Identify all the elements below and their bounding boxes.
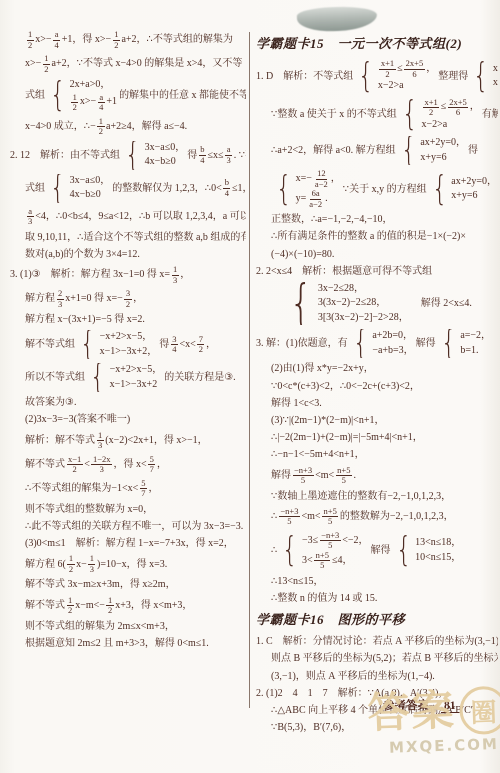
system-row: 3x−2≤28，	[318, 282, 409, 297]
fraction: x+12	[379, 59, 395, 79]
text-line: 2. (1)2 4 1 7 解析：∵A(a,0)，A′(3,4)，	[256, 687, 498, 700]
system-row: −a+b=3，	[372, 344, 413, 359]
fraction: 2x+56	[448, 98, 469, 118]
text: ax+2y=0，	[420, 136, 466, 151]
text-line: 取 9,10,11，∴适合这个不等式组的整数 a,b 组成的有序	[10, 231, 246, 244]
text: ≤4，	[332, 554, 353, 569]
page-footer: 参考答案81	[383, 697, 459, 713]
text: .	[325, 192, 328, 207]
text: 3x−a≤0，	[145, 141, 186, 156]
text: −a+b=3，	[372, 344, 413, 359]
system-row: x>a+2.	[493, 76, 498, 91]
text: a+2≥4，解得 a≤−4.	[106, 120, 187, 133]
text-line: ∵0<c*(c+3)<2，∴0<−2c+(c+3)<2，	[256, 380, 498, 393]
fraction-denominator: 2	[43, 65, 50, 75]
text: 式组	[25, 182, 45, 195]
text: <−2，	[342, 534, 368, 549]
fraction-denominator: 5	[286, 517, 293, 527]
text: 的整数解为−2,−1,0,1,2,3，	[340, 510, 454, 523]
text: ∴不等式组的解集为−1<x<	[25, 482, 138, 495]
fraction: 12	[67, 554, 74, 574]
fraction: 2x+56	[404, 59, 425, 79]
fraction: 13	[88, 554, 95, 574]
text: 解方程 6(	[25, 558, 66, 571]
text: 2x+a>0，	[70, 78, 111, 93]
text: x>−	[35, 33, 51, 46]
text-line: ∴整数 n 的值为 14 或 15.	[256, 592, 498, 605]
fraction-denominator: 5	[299, 476, 306, 486]
fraction: x+12	[423, 98, 439, 118]
fraction-denominator: 2	[27, 41, 34, 51]
equation-system: {−x+2>x−5，x−1>−3x+2，	[77, 330, 157, 359]
fraction: 6aa−2	[308, 189, 324, 209]
text: x−2>a	[378, 79, 404, 94]
text: x+3，得 x<m+3，	[115, 599, 192, 612]
fraction-denominator: 4	[171, 345, 178, 355]
equation-system: {ax+2y=0，x+y=6	[398, 136, 466, 165]
text-line: ∴△ABC 向上平移 4 个单位长度后得到△A′B′C′.	[256, 704, 498, 717]
text: ，得 x<	[113, 458, 146, 471]
text: 的关联方程是③.	[164, 371, 235, 384]
system-row: x+y=6	[420, 151, 466, 166]
fraction-denominator: 3	[172, 276, 179, 286]
system-rows: 2x+a>0，12x>−a4+1	[70, 78, 117, 113]
text: 解不等式 3x−m≥x+3m，得 x≥2m，	[25, 578, 176, 591]
text: 则不等式组的解集为 2m≤x<m+3，	[25, 620, 175, 633]
text: 解方程 x−(3x+1)=−5 得 x=2.	[25, 313, 145, 326]
fraction: a3	[27, 207, 34, 227]
fraction-denominator: 3	[57, 300, 64, 310]
brace-glyph: {	[396, 536, 412, 565]
fraction: 23	[57, 289, 64, 309]
fraction-numerator: 2x+5	[404, 59, 425, 70]
system-row: ax+2y=0，	[451, 175, 497, 190]
text: ，	[331, 172, 341, 187]
fraction-denominator: 7	[140, 489, 147, 499]
fraction-denominator: 2	[106, 606, 113, 616]
fraction-denominator: 2	[113, 41, 120, 51]
text: 4x−b≥0	[70, 188, 101, 203]
text: 3x−2≤28，	[318, 282, 364, 297]
equation-system: {x+12≤2x+56，x−2>a	[399, 98, 480, 133]
text-line: 根据题意知 2m≤2 且 m+3>3，解得 0<m≤1.	[10, 637, 246, 650]
text: ，	[426, 62, 436, 77]
fraction-denominator: 3	[27, 217, 34, 227]
brace-glyph: {	[353, 329, 369, 358]
fraction: n+55	[314, 551, 330, 571]
text: ∴整数 n 的值为 14 或 15.	[271, 592, 377, 605]
text: ∴所有满足条件的整数 a 的值的积是−1×(−2)×	[271, 230, 466, 243]
fraction-denominator: 4	[53, 41, 60, 51]
text: 解得 2<x≤4.	[411, 297, 472, 310]
text: 解析：解不等式	[25, 434, 95, 447]
text: 的整数解仅为 1,2,3，∴0<	[112, 182, 222, 195]
fraction-denominator: 5	[327, 517, 334, 527]
text-line: (2)3x−3=−3(答案不唯一)	[10, 413, 246, 426]
text: 10<n≤15，	[415, 551, 461, 566]
equation-system: {13<n≤18，10<n≤15，	[393, 536, 462, 565]
fraction: 72	[197, 335, 204, 355]
fraction-numerator: 2	[57, 289, 64, 300]
text: 解不等式	[25, 599, 65, 612]
text: ≤1，3≤	[232, 182, 246, 195]
equation-system: {2x+a>0，12x>−a4+1	[47, 78, 117, 113]
text-line: ∵B(5,3)，B′(7,6)，	[256, 721, 498, 734]
fraction: 13	[97, 431, 104, 451]
text-line: ∵整数 a 使关于 x 的不等式组{x+12≤2x+56，x−2>a有解，	[256, 98, 498, 133]
system-rows: 3x−a≤0，4x−b≥0	[70, 174, 111, 203]
text: −x+2>x−5，	[110, 363, 163, 378]
fraction: −n+35	[293, 466, 314, 486]
text: 则不等式组的整数解为 x=0，	[25, 503, 153, 516]
fraction-denominator: 3	[88, 565, 95, 575]
text: +1	[106, 95, 117, 110]
text: 解不等式	[25, 458, 65, 471]
text: . ∵不等	[234, 149, 246, 162]
fraction-denominator: 2	[384, 70, 391, 80]
fraction-denominator: 6	[411, 70, 418, 80]
fraction-denominator: 2	[427, 108, 434, 118]
text: a+2，∵不等式 x−4>0 的解集是 x>4，又不等	[52, 57, 243, 70]
fraction: n+55	[336, 466, 352, 486]
text: 整理得	[438, 70, 468, 83]
equation-system: {−x+2>x−5，x−1>−3x+2	[87, 363, 162, 392]
system-row: 2x+a>0，	[70, 78, 117, 93]
brace-glyph: {	[282, 536, 298, 565]
text: 3(3x−2)−2≤28，	[318, 296, 386, 311]
system-row: 10<n≤15，	[415, 551, 461, 566]
fraction-denominator: 2	[71, 103, 78, 113]
system-row: y=6aa−2.	[296, 189, 341, 209]
system-row: x−2>a	[421, 118, 479, 133]
text: 解得	[371, 544, 391, 557]
left-column: 12x>−a4+1，得 x>−12a+2，∴不等式组的解集为x>−12a+2，∵…	[10, 30, 246, 738]
fraction: a3	[225, 145, 232, 165]
text: ∴	[271, 544, 277, 557]
brace-glyph: {	[473, 62, 489, 91]
fraction: b4	[223, 178, 230, 198]
text: 则点 B 平移后的坐标为(5,2)；若点 B 平移后的坐标为	[271, 652, 498, 665]
system-rows: x≤2，x>a+2.	[493, 62, 498, 91]
system-rows: x+12≤2x+56，x−2>a	[378, 59, 436, 94]
text: 得	[187, 149, 197, 162]
system-row: a=−2，	[460, 329, 491, 344]
text: (−4)×(−10)=80.	[271, 248, 334, 261]
equation-system: {3x−a≤0，4x−b≥0	[122, 141, 185, 170]
text: ≤	[397, 62, 403, 77]
system-rows: −x+2>x−5，x−1>−3x+2	[110, 363, 163, 392]
text: ∴此不等式组的关联方程不唯一，可以为 3x−3=−3.	[25, 520, 243, 533]
text-line: 12x>−a4+1，得 x>−12a+2，∴不等式组的解集为	[10, 30, 246, 50]
fraction-denominator: 3	[225, 156, 232, 166]
fraction-numerator: a	[53, 30, 60, 41]
system-row: −3≤−n+35<−2，	[302, 531, 369, 551]
equation-system: {x≤2，x>a+2.	[470, 62, 498, 91]
text: x−	[76, 558, 87, 571]
text-line: 则不等式组的解集为 2m≤x<m+3，	[10, 620, 246, 633]
text: <x<	[179, 338, 195, 351]
brace-glyph: {	[441, 329, 457, 358]
text: 解得 1<c<3.	[271, 397, 322, 410]
fraction: b4	[199, 145, 206, 165]
text-line: 解方程 6(12x−13)=10−x，得 x=3.	[10, 554, 246, 574]
fraction: 12	[97, 117, 104, 137]
brace-glyph: {	[50, 81, 66, 110]
text-line: 式组{2x+a>0，12x>−a4+1的解集中的任意 x 都能使不等式	[10, 78, 246, 113]
text: x−4>0 成立，∴−	[25, 120, 96, 133]
fraction: 12	[113, 30, 120, 50]
text: x>−	[80, 95, 96, 110]
text: 1. D 解析：不等式组	[256, 70, 353, 83]
fraction-numerator: x+1	[379, 59, 395, 70]
text: <	[84, 458, 90, 471]
equation-system: {x=−12a−2，y=6aa−2.	[273, 169, 341, 209]
fraction-denominator: 4	[199, 156, 206, 166]
text: x−2>a	[421, 118, 447, 133]
text: <m<	[315, 469, 334, 482]
text-line: ∴−n−1<−5m+4<n+1，	[256, 448, 498, 461]
brace-glyph: {	[50, 174, 66, 203]
text: y=	[296, 192, 307, 207]
system-row: a+2b=0，	[372, 329, 413, 344]
text: 解不等式组	[25, 338, 75, 351]
system-row: x−2>a	[378, 79, 436, 94]
equation-system: {x+12≤2x+56，x−2>a	[355, 59, 436, 94]
text-line: 解不等式 3x−m≥x+3m，得 x≥2m，	[10, 578, 246, 591]
text: ，	[470, 100, 480, 115]
system-row: 3x−a≤0，	[70, 174, 111, 189]
fraction: 13	[172, 265, 179, 285]
fraction-denominator: a−2	[308, 200, 324, 210]
text: x=−	[296, 172, 312, 187]
equation-system: {−3≤−n+35<−2，3<n+55≤4，	[279, 531, 368, 571]
text: a+2b=0，	[372, 329, 413, 344]
text: ，	[180, 268, 190, 281]
fraction: n+55	[322, 507, 338, 527]
fraction: 12	[27, 30, 34, 50]
fraction-denominator: 2	[197, 345, 204, 355]
system-row: b=1.	[460, 344, 491, 359]
fraction: 12a−2	[313, 169, 329, 189]
system-rows: −x+2>x−5，x−1>−3x+2，	[100, 330, 158, 359]
text: ∴−n−1<−5m+4<n+1，	[271, 448, 365, 461]
text: ∵B(5,3)，B′(7,6)，	[271, 721, 351, 734]
fraction: 12	[67, 596, 74, 616]
system-rows: −3≤−n+35<−2，3<n+55≤4，	[302, 531, 369, 571]
text-line: ∴−n+35<m<n+55的整数解为−2,−1,0,1,2,3，	[256, 507, 498, 527]
text: ax+2y=0，	[451, 175, 497, 190]
equation-system: {3x−2≤28，3(3x−2)−2≤28，3[3(3x−2)−2]−2>28，	[285, 282, 409, 326]
right-column: 学霸题卡15 一元一次不等式组(2)1. D 解析：不等式组{x+12≤2x+5…	[256, 30, 498, 738]
fraction-denominator: 4	[223, 189, 230, 199]
system-rows: x=−12a−2，y=6aa−2.	[296, 169, 341, 209]
brace-glyph: {	[125, 141, 141, 170]
system-row: −x+2>x−5，	[110, 363, 163, 378]
system-row: ax+2y=0，	[420, 136, 466, 151]
text-line: 解不等式x−12<1−2x3，得 x<57，	[10, 455, 246, 475]
system-row: x+12≤2x+56，	[421, 98, 479, 118]
text-line: 1. D 解析：不等式组{x+12≤2x+56，x−2>a整理得{x≤2，x>a…	[256, 59, 498, 94]
text-line: 2. 12 解析：由不等式组{3x−a≤0，4x−b≥0得b4≤x≤a3. ∵不…	[10, 141, 246, 170]
text: x>a+2.	[493, 76, 498, 91]
system-rows: 3x−2≤28，3(3x−2)−2≤28，3[3(3x−2)−2]−2>28，	[318, 282, 409, 326]
system-rows: x+12≤2x+56，x−2>a	[421, 98, 479, 133]
scan-artifact-blob	[297, 6, 378, 33]
system-row: x≤2，	[493, 62, 498, 77]
text-line: 解方程23x+1=0 得 x=−32，	[10, 289, 246, 309]
fraction: −n+35	[279, 507, 300, 527]
fraction-numerator: 1	[172, 265, 179, 276]
fraction-denominator: 5	[319, 561, 326, 571]
text-line: 数对(a,b)的个数为 3×4=12.	[10, 248, 246, 261]
text: ∵0<c*(c+3)<2，∴0<−2c+(c+3)<2，	[271, 380, 420, 393]
text-line: 解不等式12x−m<−12x+3，得 x<m+3，	[10, 596, 246, 616]
brace-glyph: {	[80, 330, 96, 359]
fraction: 12	[106, 596, 113, 616]
equation-system: {3x−a≤0，4x−b≥0	[47, 174, 110, 203]
system-row: x−1>−3x+2	[110, 378, 163, 393]
text-line: (2)由(1)得 x*y=−2x+y，	[256, 362, 498, 375]
two-column-layout: 12x>−a4+1，得 x>−12a+2，∴不等式组的解集为x>−12a+2，∵…	[10, 30, 496, 738]
brace-glyph: {	[358, 62, 374, 91]
system-row: 4x−b≥0	[70, 188, 111, 203]
fraction-denominator: 6	[454, 108, 461, 118]
text-line: 1. C 解析：分情况讨论：若点 A 平移后的坐标为(3,−1)，	[256, 635, 498, 648]
fraction-numerator: 1	[27, 30, 34, 41]
text: x+y=6	[420, 151, 446, 166]
text-line: (3)0<m≤1 解析：解方程 1−x=−7+3x，得 x=2，	[10, 537, 246, 550]
text: ∵整数 a 使关于 x 的不等式组	[271, 108, 397, 121]
text: 取 9,10,11，∴适合这个不等式组的整数 a,b 组成的有序	[25, 231, 246, 244]
text: 式组	[25, 89, 45, 102]
equation-system: {a+2b=0，−a+b=3，	[350, 329, 414, 358]
text: (2)3x−3=−3(答案不唯一)	[25, 413, 130, 426]
text: −x+2>x−5，	[100, 330, 153, 345]
text-line: 解析：解不等式13(x−2)<2x+1，得 x>−1，	[10, 431, 246, 451]
text-line: (3)∵|(2m−1)*(2−m)|<n+1，	[256, 414, 498, 427]
text: x>−	[25, 57, 41, 70]
text-line: ∴a+2<2，解得 a<0. 解方程组{ax+2y=0，x+y=6得	[256, 136, 498, 165]
text: ，	[149, 482, 159, 495]
system-rows: 3x−a≤0，4x−b≥0	[145, 141, 186, 170]
text: 故答案为③.	[25, 396, 76, 409]
text: (2)由(1)得 x*y=−2x+y，	[271, 362, 374, 375]
fraction-denominator: 2	[67, 606, 74, 616]
text: (3)0<m≤1 解析：解方程 1−x=−7+3x，得 x=2，	[25, 537, 234, 550]
text: 2. 2<x≤4 解析：根据题意可得不等式组	[256, 265, 432, 278]
footer-label: 参考答案	[383, 700, 429, 712]
text: .	[353, 469, 356, 482]
text: )=10−x，得 x=3.	[97, 558, 167, 571]
brace-glyph: {	[432, 175, 448, 204]
text-line: 2. 2<x≤4 解析：根据题意可得不等式组	[256, 265, 498, 278]
text-line: a3<4，∴0<b≤4，9≤a<12，∴b 可以取 1,2,3,4，a 可以	[10, 207, 246, 227]
section-header: 学霸题卡15 一元一次不等式组(2)	[256, 33, 498, 52]
fraction-denominator: 5	[340, 476, 347, 486]
text-line: (3,−1)，则点 A 平移后的坐标为(1,−4).	[256, 670, 498, 683]
text: ，	[157, 458, 167, 471]
fraction: −n+35	[320, 531, 341, 551]
text: 4x−b≥0	[145, 155, 176, 170]
fraction: x−12	[67, 455, 83, 475]
text: (3)∵|(2m−1)*(2−m)|<n+1，	[271, 414, 384, 427]
text: x+1=0 得 x=−	[65, 292, 123, 305]
text: 13<n≤18，	[415, 536, 461, 551]
text: x−1>−3x+2	[110, 378, 158, 393]
text: 解得	[271, 469, 291, 482]
text: ≤x≤	[207, 149, 223, 162]
text: 得	[159, 338, 169, 351]
text-line: {x=−12a−2，y=6aa−2.∵关于 x,y 的方程组{ax+2y=0，x…	[256, 169, 498, 209]
text: x−m<−	[75, 599, 105, 612]
system-row: x+y=6	[451, 189, 497, 204]
fraction: a4	[53, 30, 60, 50]
fraction: 57	[140, 479, 147, 499]
text-line: {3x−2≤28，3(3x−2)−2≤28，3[3(3x−2)−2]−2>28，…	[256, 282, 498, 326]
text: ∵数轴上墨迹遮住的整数有−2,−1,0,1,2,3，	[271, 490, 451, 503]
fraction-denominator: 2	[71, 465, 78, 475]
text: x≤2，	[493, 62, 498, 77]
text-line: ∵数轴上墨迹遮住的整数有−2,−1,0,1,2,3，	[256, 490, 498, 503]
text: x−1>−3x+2，	[100, 345, 158, 360]
fraction-numerator: 1	[43, 54, 50, 65]
text-line: 3. 解：(1)依题意，有{a+2b=0，−a+b=3，解得{a=−2，b=1.	[256, 329, 498, 358]
fraction: 34	[171, 335, 178, 355]
text-line: 正整数，∴a=−1,−2,−4,−10，	[256, 213, 498, 226]
system-row: 13<n≤18，	[415, 536, 461, 551]
text: ，	[133, 292, 143, 305]
brace-glyph: {	[401, 136, 417, 165]
fraction: 32	[124, 289, 131, 309]
text: 3<	[302, 554, 313, 569]
text-line: 3. (1)③ 解析：解方程 3x−1=0 得 x=13，	[10, 265, 246, 285]
fraction-denominator: 3	[98, 465, 105, 475]
equation-system: {ax+2y=0，x+y=6	[429, 175, 497, 204]
text: (3,−1)，则点 A 平移后的坐标为(1,−4).	[271, 670, 435, 683]
text: (x−2)<2x+1，得 x>−1，	[105, 434, 207, 447]
text: <m<	[301, 510, 320, 523]
text-line: 式组{3x−a≤0，4x−b≥0的整数解仅为 1,2,3，∴0<b4≤1，3≤	[10, 174, 246, 203]
text: x+y=6	[451, 189, 477, 204]
fraction: a4	[98, 93, 105, 113]
fraction-denominator: 3	[97, 441, 104, 451]
text: 有解，	[482, 108, 498, 121]
system-row: x−1>−3x+2，	[100, 345, 158, 360]
system-rows: a+2b=0，−a+b=3，	[372, 329, 413, 358]
text-line: 解得 1<c<3.	[256, 397, 498, 410]
text-line: 解得−n+35<m<n+55.	[256, 466, 498, 486]
text-line: ∴{−3≤−n+35<−2，3<n+55≤4，解得{13<n≤18，10<n≤1…	[256, 531, 498, 571]
section-header: 学霸题卡16 图形的平移	[256, 609, 498, 628]
brace-glyph: {	[402, 100, 418, 129]
text: 根据题意知 2m≤2 且 m+3>3，解得 0<m≤1.	[25, 637, 209, 650]
fraction-denominator: 2	[124, 300, 131, 310]
fraction: 57	[148, 455, 155, 475]
text: b=1.	[460, 344, 478, 359]
system-rows: ax+2y=0，x+y=6	[451, 175, 497, 204]
fraction-numerator: 1	[113, 30, 120, 41]
fraction-denominator: 4	[98, 103, 105, 113]
text-line: ∴13<n≤15，	[256, 575, 498, 588]
text: 解得	[416, 337, 436, 350]
text-line: 解方程 x−(3x+1)=−5 得 x=2.	[10, 313, 246, 326]
text: ∴	[271, 510, 277, 523]
answer-book-page: 12x>−a4+1，得 x>−12a+2，∴不等式组的解集为x>−12a+2，∵…	[0, 0, 500, 773]
text: ，	[206, 338, 216, 351]
system-row: −x+2>x−5，	[100, 330, 158, 345]
text-line: ∴|−2(2m−1)+(2−m)|=|−5m+4|<n+1，	[256, 431, 498, 444]
text-line: x>−12a+2，∵不等式 x−4>0 的解集是 x>4，又不等	[10, 54, 246, 74]
